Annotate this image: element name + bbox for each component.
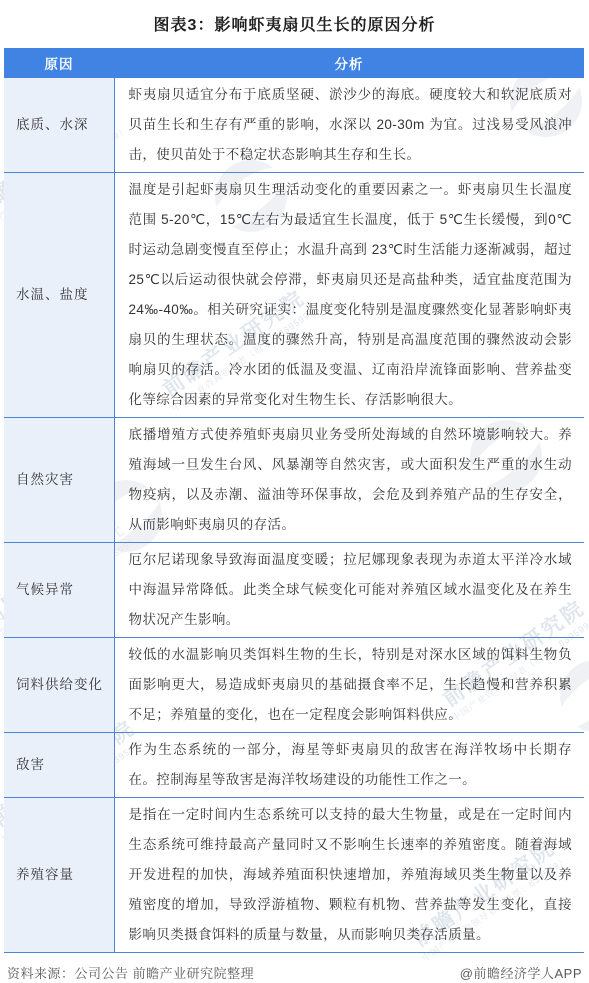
factors-table: 原因 分析 底质、水深 虾夷扇贝适宜分布于底质坚硬、淤沙少的海底。硬度较大和软泥… <box>4 48 584 953</box>
reason-cell: 底质、水深 <box>4 78 114 173</box>
reason-cell: 养殖容量 <box>4 798 114 953</box>
table-row: 自然灾害 底播增殖方式使养殖虾夷扇贝业务受所处海域的自然环境影响较大。养殖海域一… <box>4 418 584 543</box>
analysis-cell: 厄尔尼诺现象导致海面温度变暖；拉尼娜现象表现为赤道太平洋冷水域中海温异常降低。此… <box>114 543 584 638</box>
reason-cell: 敌害 <box>4 733 114 798</box>
analysis-cell: 底播增殖方式使养殖虾夷扇贝业务受所处海域的自然环境影响较大。养殖海域一旦发生台风… <box>114 418 584 543</box>
table-row: 敌害 作为生态系统的一部分，海星等虾夷扇贝的敌害在海洋牧场中长期存在。控制海星等… <box>4 733 584 798</box>
reason-cell: 饲料供给变化 <box>4 638 114 733</box>
analysis-cell: 作为生态系统的一部分，海星等虾夷扇贝的敌害在海洋牧场中长期存在。控制海星等敌害是… <box>114 733 584 798</box>
page-title: 图表3：影响虾夷扇贝生长的原因分析 <box>0 0 589 35</box>
analysis-cell: 是指在一定时间内生态系统可以支持的最大生物量，或是在一定时间内生态系统可维持最高… <box>114 798 584 953</box>
table-row: 饲料供给变化 较低的水温影响贝类饵料生物的生长，特别是对深水区域的饵料生物负面影… <box>4 638 584 733</box>
column-header-reason: 原因 <box>4 48 114 78</box>
reason-cell: 气候异常 <box>4 543 114 638</box>
table-body: 底质、水深 虾夷扇贝适宜分布于底质坚硬、淤沙少的海底。硬度较大和软泥底质对贝苗生… <box>4 78 584 953</box>
table-row: 底质、水深 虾夷扇贝适宜分布于底质坚硬、淤沙少的海底。硬度较大和软泥底质对贝苗生… <box>4 78 584 173</box>
table-row: 养殖容量 是指在一定时间内生态系统可以支持的最大生物量，或是在一定时间内生态系统… <box>4 798 584 953</box>
credit-note: @前瞻经济学人APP <box>460 963 582 982</box>
analysis-cell: 较低的水温影响贝类饵料生物的生长，特别是对深水区域的饵料生物负面影响更大，易造成… <box>114 638 584 733</box>
analysis-cell: 虾夷扇贝适宜分布于底质坚硬、淤沙少的海底。硬度较大和软泥底质对贝苗生长和生存有严… <box>114 78 584 173</box>
table-header-row: 原因 分析 <box>4 48 584 78</box>
source-note: 资料来源：公司公告 前瞻产业研究院整理 <box>7 963 254 982</box>
reason-cell: 自然灾害 <box>4 418 114 543</box>
table-row: 气候异常 厄尔尼诺现象导致海面温度变暖；拉尼娜现象表现为赤道太平洋冷水域中海温异… <box>4 543 584 638</box>
column-header-analysis: 分析 <box>114 48 584 78</box>
table-row: 水温、盐度 温度是引起虾夷扇贝生理活动变化的重要因素之一。虾夷扇贝生长温度范围 … <box>4 173 584 418</box>
report-figure: 图表3：影响虾夷扇贝生长的原因分析 原因 分析 底质、水深 虾夷扇贝适宜分布于底… <box>0 0 589 982</box>
reason-cell: 水温、盐度 <box>4 173 114 418</box>
analysis-cell: 温度是引起虾夷扇贝生理活动变化的重要因素之一。虾夷扇贝生长温度范围 5-20℃，… <box>114 173 584 418</box>
figure-footer: 资料来源：公司公告 前瞻产业研究院整理 @前瞻经济学人APP <box>7 963 582 982</box>
